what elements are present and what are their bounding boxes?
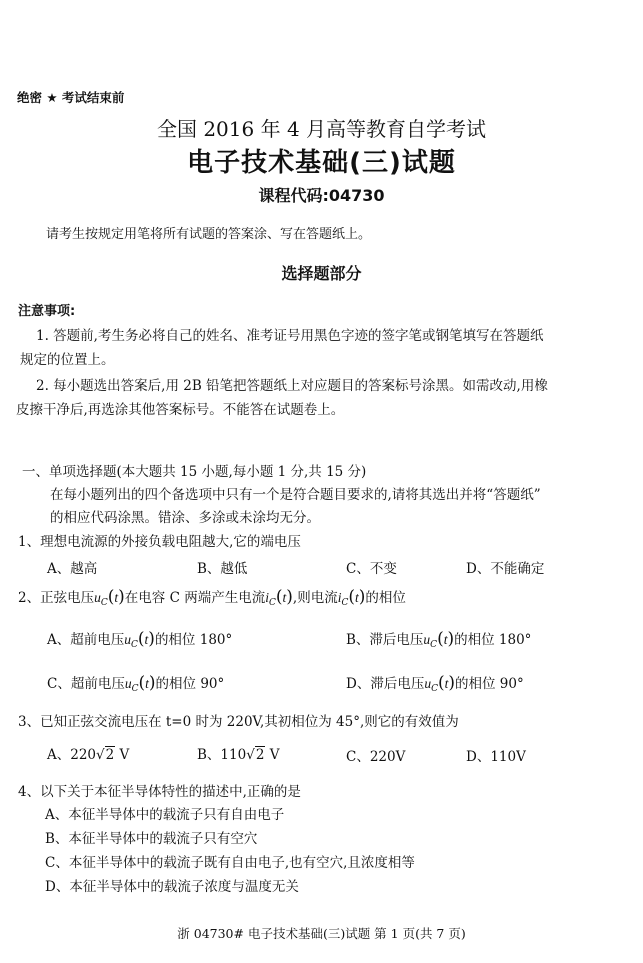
section-title: 选择题部分 (0, 261, 643, 284)
question-2-stem: 2、正弦电压uC(t)在电容 C 两端产生电流iC(t),则电流iC(t)的相位 (18, 586, 406, 608)
part1-description-line-1: 在每小题列出的四个备选项中只有一个是符合题目要求的,请将其选出并将“答题纸” (50, 483, 541, 503)
question-2-option-a: A、超前电压uC(t)的相位 180° (47, 628, 232, 650)
question-4-option-d: D、本征半导体中的载流子浓度与温度无关 (45, 875, 299, 895)
question-1-option-a: A、越高 (47, 557, 97, 577)
question-1-option-b: B、越低 (197, 557, 247, 577)
question-3-option-c: C、220V (346, 745, 405, 765)
part1-description-line-2: 的相应代码涂黑。错涂、多涂或未涂均无分。 (50, 506, 320, 526)
notice-item-2-line-2: 皮擦干净后,再选涂其他答案标号。不能答在试题卷上。 (16, 398, 344, 418)
page-footer: 浙 04730# 电子技术基础(三)试题 第 1 页(共 7 页) (0, 924, 643, 942)
question-4-stem: 4、以下关于本征半导体特性的描述中,正确的是 (18, 780, 301, 800)
subject-title: 电子技术基础(三)试题 (0, 142, 643, 179)
confidential-label: 绝密 ★ 考试结束前 (17, 88, 124, 106)
notice-item-1-line-2: 规定的位置上。 (20, 348, 115, 368)
sqrt-radicand: 2 (255, 746, 266, 763)
question-1-stem: 1、理想电流源的外接负载电阻越大,它的端电压 (18, 530, 301, 550)
notice-item-2-line-1: 2. 每小题选出答案后,用 2B 铅笔把答题纸上对应题目的答案标号涂黑。如需改动… (36, 374, 548, 394)
part1-heading: 一、单项选择题(本大题共 15 小题,每小题 1 分,共 15 分) (22, 460, 366, 480)
notice-heading: 注意事项: (18, 300, 75, 319)
course-code: 课程代码:04730 (0, 183, 643, 206)
notice-item-1-line-1: 1. 答题前,考生务必将自己的姓名、准考证号用黑色字迹的签字笔或钢笔填写在答题纸 (36, 324, 543, 344)
question-1-option-d: D、不能确定 (466, 557, 544, 577)
question-1-option-c: C、不变 (346, 557, 397, 577)
question-4-option-a: A、本征半导体中的载流子只有自由电子 (45, 803, 284, 823)
question-2-option-d: D、滞后电压uC(t)的相位 90° (346, 672, 524, 694)
question-3-option-a: A、220√2 V (47, 743, 129, 763)
question-4-option-c: C、本征半导体中的载流子既有自由电子,也有空穴,且浓度相等 (45, 851, 415, 871)
question-3-option-d: D、110V (466, 745, 526, 765)
general-instruction: 请考生按规定用笔将所有试题的答案涂、写在答题纸上。 (46, 223, 371, 242)
question-2-option-c: C、超前电压uC(t)的相位 90° (47, 672, 224, 694)
question-2-option-b: B、滞后电压uC(t)的相位 180° (346, 628, 531, 650)
question-4-option-b: B、本征半导体中的载流子只有空穴 (45, 827, 257, 847)
question-3-option-b: B、110√2 V (197, 743, 279, 763)
question-3-stem: 3、已知正弦交流电压在 t=0 时为 220V,其初相位为 45°,则它的有效值… (18, 710, 459, 730)
exam-title: 全国 2016 年 4 月高等教育自学考试 (0, 113, 643, 142)
sqrt-radicand: 2 (105, 746, 116, 763)
